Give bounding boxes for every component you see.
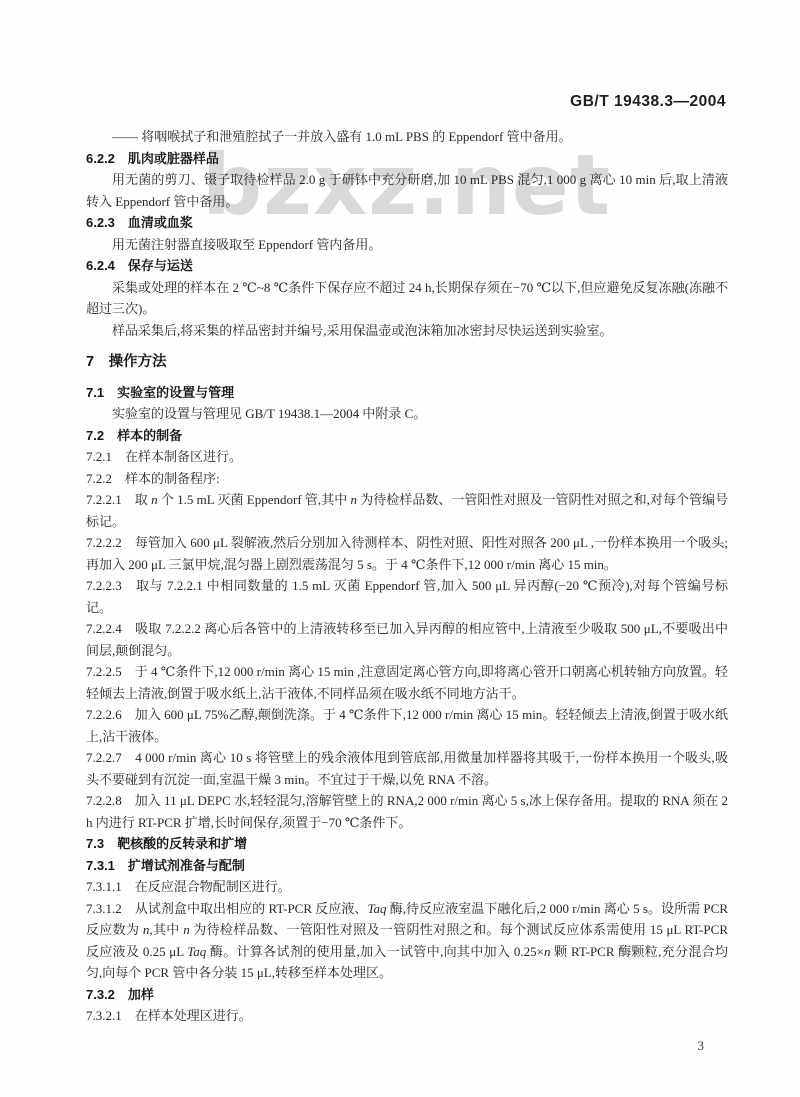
text-run: 7.3.1.2 从试剂盒中取出相应的 RT-PCR 反应液、: [86, 901, 367, 916]
text-run: 个 1.5 mL 灭菌 Eppendorf 管,其中: [158, 492, 351, 507]
italic-text-run: Taq: [367, 901, 386, 916]
text-run: 酶。计算各试剂的使用量,加入一试管中,向其中加入 0.25×: [206, 944, 544, 959]
clause-paragraph: 7.2.2.5 于 4 ℃条件下,12 000 r/min 离心 15 min …: [86, 661, 728, 704]
section-heading: 7.2 样本的制备: [86, 425, 728, 447]
text-run: 实验室的设置与管理见 GB/T 19438.1—2004 中附录 C。: [112, 406, 426, 421]
body-paragraph: —— 将咽喉拭子和泄殖腔拭子一并放入盛有 1.0 mL PBS 的 Eppend…: [86, 126, 728, 148]
clause-paragraph: 7.3.2.1 在样本处理区进行。: [86, 1005, 728, 1027]
clause-paragraph: 7.2.2.8 加入 11 μL DEPC 水,轻轻混匀,溶解管壁上的 RNA,…: [86, 790, 728, 833]
text-run: 7.2.2.1 取: [86, 492, 151, 507]
text-run: 7.3.2 加样: [86, 987, 154, 1002]
text-run: 7.2.2.8 加入 11 μL DEPC 水,轻轻混匀,溶解管壁上的 RNA,…: [86, 793, 728, 830]
body-paragraph: 样品采集后,将采集的样品密封并编号,采用保温壶或泡沫箱加冰密封尽快运送到实验室。: [86, 320, 728, 342]
section-heading: 6.2.2 肌肉或脏器样品: [86, 148, 728, 170]
page-number: 3: [698, 1038, 705, 1054]
clause-paragraph: 7.3.1.1 在反应混合物配制区进行。: [86, 876, 728, 898]
text-run: 样品采集后,将采集的样品密封并编号,采用保温壶或泡沫箱加冰密封尽快运送到实验室。: [112, 323, 613, 338]
text-run: 7 操作方法: [86, 354, 167, 370]
text-run: 采集或处理的样本在 2 ℃~8 ℃条件下保存应不超过 24 h,长期保存须在−7…: [86, 280, 728, 317]
text-run: 7.2.2.5 于 4 ℃条件下,12 000 r/min 离心 15 min …: [86, 664, 728, 701]
clause-paragraph: 7.2.2.7 4 000 r/min 离心 10 s 将管壁上的残余液体甩到管…: [86, 747, 728, 790]
text-run: 7.2.2.6 加入 600 μL 75%乙醇,颠倒洗涤。于 4 ℃条件下,12…: [86, 707, 728, 744]
section-heading: 7.3.2 加样: [86, 984, 728, 1006]
section-heading: 6.2.3 血清或血浆: [86, 212, 728, 234]
text-run: 6.2.4 保存与运送: [86, 258, 193, 273]
text-run: 7.2.2.2 每管加入 600 μL 裂解液,然后分别加入待测样本、阴性对照、…: [86, 535, 728, 572]
text-run: 7.1 实验室的设置与管理: [86, 385, 234, 400]
body-paragraph: 采集或处理的样本在 2 ℃~8 ℃条件下保存应不超过 24 h,长期保存须在−7…: [86, 277, 728, 320]
text-run: ,其中: [149, 922, 183, 937]
chapter-heading: 7 操作方法: [86, 352, 728, 374]
text-run: —— 将咽喉拭子和泄殖腔拭子一并放入盛有 1.0 mL PBS 的 Eppend…: [112, 129, 572, 144]
clause-paragraph: 7.2.2.4 吸取 7.2.2.2 离心后各管中的上清液转移至已加入异丙醇的相…: [86, 618, 728, 661]
italic-text-run: Taq: [187, 944, 206, 959]
text-run: 7.2.2.7 4 000 r/min 离心 10 s 将管壁上的残余液体甩到管…: [86, 750, 728, 787]
standard-number-header: GB/T 19438.3—2004: [570, 93, 726, 111]
section-heading: 7.3 靶核酸的反转录和扩增: [86, 833, 728, 855]
text-run: 7.2.2 样本的制备程序:: [86, 471, 220, 486]
text-run: 7.2 样本的制备: [86, 428, 182, 443]
document-body: —— 将咽喉拭子和泄殖腔拭子一并放入盛有 1.0 mL PBS 的 Eppend…: [86, 126, 728, 1027]
clause-paragraph: 7.2.2.6 加入 600 μL 75%乙醇,颠倒洗涤。于 4 ℃条件下,12…: [86, 704, 728, 747]
document-page: bzxz.net GB/T 19438.3—2004 —— 将咽喉拭子和泄殖腔拭…: [0, 0, 800, 1097]
text-run: 7.2.2.4 吸取 7.2.2.2 离心后各管中的上清液转移至已加入异丙醇的相…: [86, 621, 728, 658]
section-heading: 6.2.4 保存与运送: [86, 255, 728, 277]
body-paragraph: 用无菌的剪刀、镊子取待检样品 2.0 g 于研钵中充分研磨,加 10 mL PB…: [86, 169, 728, 212]
text-run: 7.3.1.1 在反应混合物配制区进行。: [86, 879, 291, 894]
section-heading: 7.3.1 扩增试剂准备与配制: [86, 855, 728, 877]
text-run: 用无菌注射器直接吸取至 Eppendorf 管内备用。: [112, 237, 381, 252]
body-paragraph: 用无菌注射器直接吸取至 Eppendorf 管内备用。: [86, 234, 728, 256]
text-run: 6.2.3 血清或血浆: [86, 215, 193, 230]
text-run: 6.2.2 肌肉或脏器样品: [86, 151, 219, 166]
clause-paragraph: 7.2.2 样本的制备程序:: [86, 468, 728, 490]
text-run: 7.3 靶核酸的反转录和扩增: [86, 836, 247, 851]
clause-paragraph: 7.2.2.3 取与 7.2.2.1 中相同数量的 1.5 mL 灭菌 Eppe…: [86, 575, 728, 618]
text-run: 7.2.1 在样本制备区进行。: [86, 449, 242, 464]
text-run: 7.3.1 扩增试剂准备与配制: [86, 858, 245, 873]
body-paragraph: 实验室的设置与管理见 GB/T 19438.1—2004 中附录 C。: [86, 403, 728, 425]
clause-paragraph: 7.3.1.2 从试剂盒中取出相应的 RT-PCR 反应液、Taq 酶,待反应液…: [86, 898, 728, 984]
text-run: 7.2.2.3 取与 7.2.2.1 中相同数量的 1.5 mL 灭菌 Eppe…: [86, 578, 728, 615]
text-run: 7.3.2.1 在样本处理区进行。: [86, 1008, 252, 1023]
section-heading: 7.1 实验室的设置与管理: [86, 382, 728, 404]
clause-paragraph: 7.2.2.1 取 n 个 1.5 mL 灭菌 Eppendorf 管,其中 n…: [86, 489, 728, 532]
text-run: 用无菌的剪刀、镊子取待检样品 2.0 g 于研钵中充分研磨,加 10 mL PB…: [86, 172, 728, 209]
clause-paragraph: 7.2.1 在样本制备区进行。: [86, 446, 728, 468]
clause-paragraph: 7.2.2.2 每管加入 600 μL 裂解液,然后分别加入待测样本、阴性对照、…: [86, 532, 728, 575]
